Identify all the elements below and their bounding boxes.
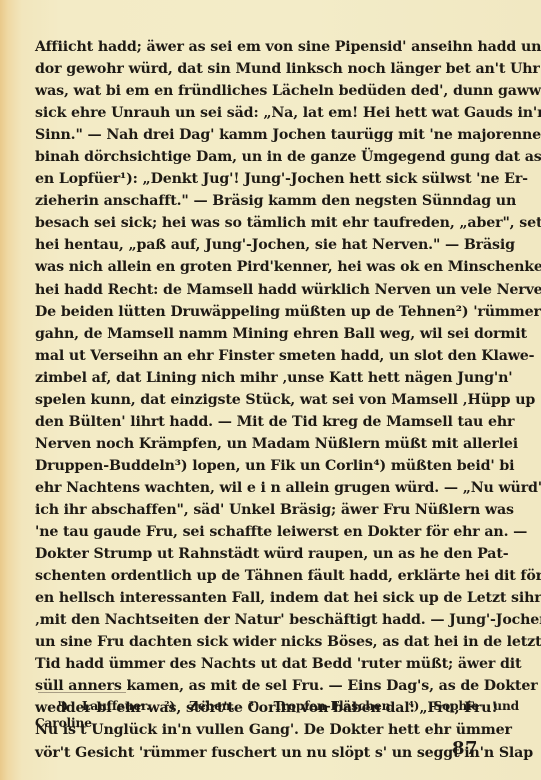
footnote-line: ¹) Lauffeuer. ²) Zehen. ³) Tropfen-Fläsc… — [35, 698, 471, 715]
text-line: un sine Fru dachten sick wider nicks Bös… — [35, 631, 471, 653]
book-page: Affiicht hadd; äwer as sei em von sine P… — [0, 0, 541, 780]
text-line: binah dörchsichtige Dam, un in de ganze … — [35, 146, 471, 168]
text-line: Tid hadd ümmer des Nachts ut dat Bedd 'r… — [35, 653, 471, 675]
text-line: Nerven noch Krämpfen, un Madam Nüßlern m… — [35, 433, 471, 455]
footnotes: ¹) Lauffeuer. ²) Zehen. ³) Tropfen-Fläsc… — [35, 698, 471, 732]
text-line: Affiicht hadd; äwer as sei em von sine P… — [35, 36, 471, 58]
text-line: was, wat bi em en fründliches Lächeln be… — [35, 80, 471, 102]
page-number: 87 — [452, 738, 478, 759]
text-line: schenten ordentlich up de Tähnen fäult h… — [35, 565, 471, 587]
text-line: ich ihr abschaffen", säd' Unkel Bräsig; … — [35, 499, 471, 521]
text-line: Druppen-Buddeln³) lopen, un Fik un Corli… — [35, 455, 471, 477]
text-line: vör't Gesicht 'rümmer fuschert un nu slö… — [35, 742, 471, 764]
text-line: gahn, de Mamsell namm Mining ehren Ball … — [35, 323, 471, 345]
body-text: Affiicht hadd; äwer as sei em von sine P… — [35, 36, 471, 764]
footnote-line: Caroline. — [35, 715, 471, 732]
text-line: ehr Nachtens wachten, wil e i n allein g… — [35, 477, 471, 499]
text-line: hei hentau, „paß auf, Jung'-Jochen, sie … — [35, 234, 471, 256]
text-line: zieherin anschafft." — Bräsig kamm den n… — [35, 190, 471, 212]
text-line: spelen kunn, dat einzigste Stück, wat se… — [35, 389, 471, 411]
text-line: Dokter Strump ut Rahnstädt würd raupen, … — [35, 543, 471, 565]
text-line: 'ne tau gaude Fru, sei schaffte leiwerst… — [35, 521, 471, 543]
text-line: den Bülten' lihrt hadd. — Mit de Tid kre… — [35, 411, 471, 433]
text-line: sick ehre Unrauh un sei säd: „Na, lat em… — [35, 102, 471, 124]
text-line: en hellsch interessanten Fall, indem dat… — [35, 587, 471, 609]
text-line: De beiden lütten Druwäppeling müßten up … — [35, 301, 471, 323]
text-line: besach sei sick; hei was so tämlich mit … — [35, 212, 471, 234]
text-line: en Lopfüer¹): „Denkt Jug'! Jung'-Jochen … — [35, 168, 471, 190]
text-line: mal ut Verseihn an ehr Finster smeten ha… — [35, 345, 471, 367]
text-line: ‚mit den Nachtseiten der Natur' beschäft… — [35, 609, 471, 631]
text-line: dor gewohr würd, dat sin Mund linksch no… — [35, 58, 471, 80]
footnote-divider — [38, 692, 126, 693]
text-line: was nich allein en groten Pird'kenner, h… — [35, 256, 471, 278]
text-line: zimbel af, dat Lining nich mihr ‚unse Ka… — [35, 367, 471, 389]
text-line: Sinn." — Nah drei Dag' kamm Jochen taurü… — [35, 124, 471, 146]
text-line: hei hadd Recht: de Mamsell hadd würklich… — [35, 279, 471, 301]
text-line: süll anners kamen, as mit de sel Fru. — … — [35, 675, 471, 697]
